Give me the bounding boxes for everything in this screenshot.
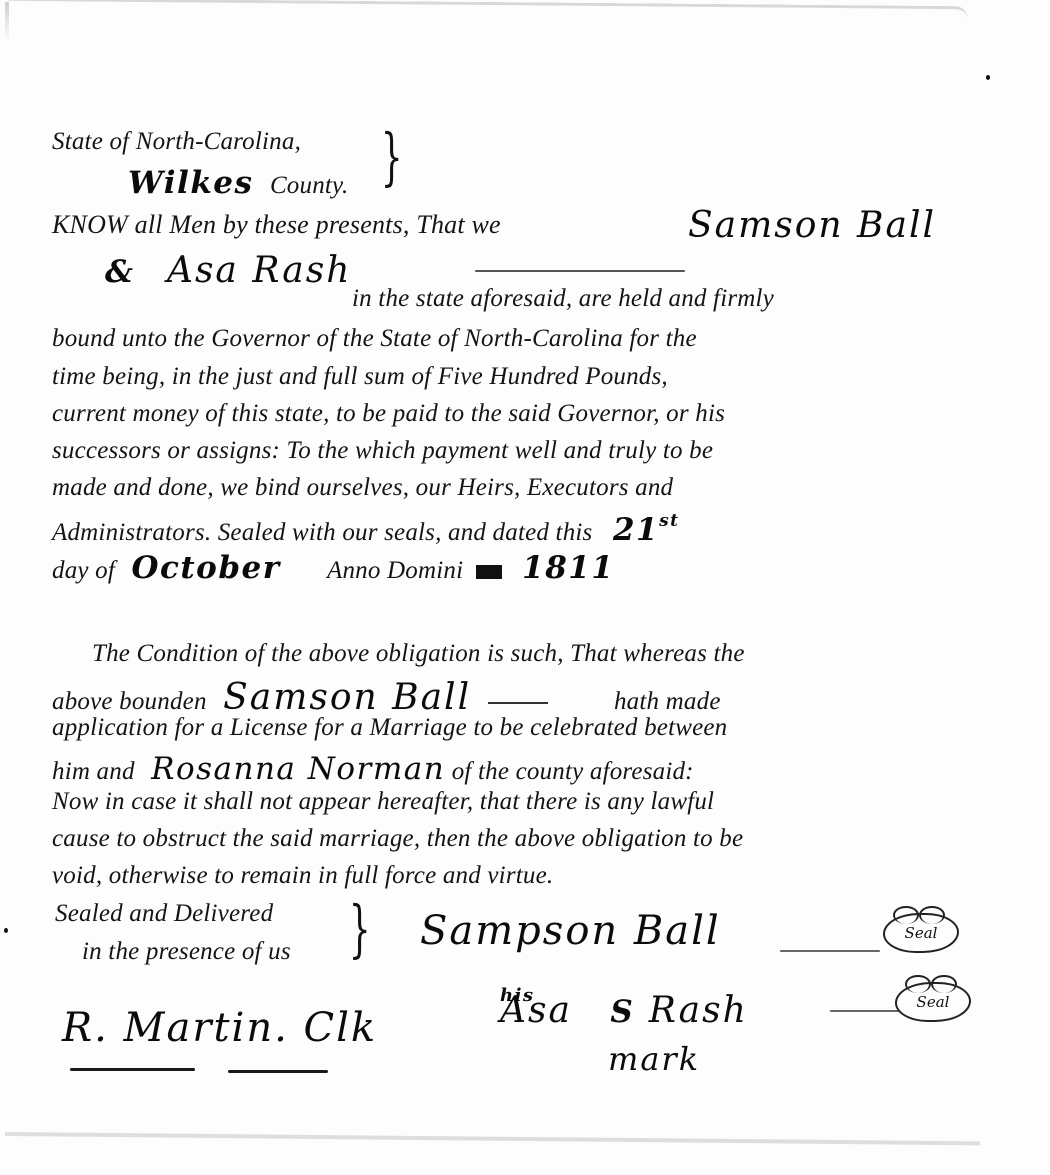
bond-text: in the state aforesaid, are held and fir… bbox=[352, 285, 774, 312]
groom-fill: Samson Ball bbox=[223, 677, 471, 718]
bond-text: made and done, we bind ourselves, our He… bbox=[52, 474, 673, 501]
bond-line-10: day of October Anno Domini 1811 bbox=[52, 550, 614, 586]
attestation-brace: } bbox=[349, 898, 371, 960]
condition-text: him and bbox=[52, 758, 135, 785]
state-label: State of North-Carolina, bbox=[52, 128, 301, 155]
bond-line-7: successors or assigns: To the which paym… bbox=[52, 437, 713, 465]
witness-signature-line: R. Martin. Clk bbox=[62, 1005, 377, 1051]
seal-label: Seal bbox=[917, 993, 950, 1011]
condition-text: void, otherwise to remain in full force … bbox=[52, 862, 553, 889]
bond-text: bound unto the Governor of the State of … bbox=[52, 325, 697, 352]
county-label: County. bbox=[270, 172, 349, 199]
signer2-mark: S bbox=[610, 994, 634, 1030]
anno-domini-label: Anno Domini bbox=[327, 557, 463, 584]
condition-text: hath made bbox=[614, 688, 721, 715]
surety-blank-line bbox=[475, 270, 685, 272]
condition-text: Now in case it shall not appear hereafte… bbox=[52, 788, 714, 815]
header-brace: } bbox=[381, 126, 403, 188]
condition-text: cause to obstruct the said marriage, the… bbox=[52, 825, 743, 852]
bond-line-6: current money of this state, to be paid … bbox=[52, 400, 725, 428]
condition-line-1: The Condition of the above obligation is… bbox=[92, 640, 745, 668]
signer2-last: Rash bbox=[649, 990, 748, 1031]
principal-line: Samson Ball bbox=[688, 205, 936, 246]
condition-line-4: him and Rosanna Norman of the county afo… bbox=[52, 751, 694, 787]
day-of-label: day of bbox=[52, 557, 115, 584]
signer2-mark-label-line: mark bbox=[608, 1040, 700, 1078]
page-bottom-edge bbox=[5, 1132, 980, 1145]
bond-line-8: made and done, we bind ourselves, our He… bbox=[52, 474, 673, 502]
condition-text: above bounden bbox=[52, 688, 207, 715]
attestation-line-1: Sealed and Delivered bbox=[55, 900, 273, 928]
seal-2: Seal bbox=[895, 982, 971, 1022]
signer2-first: Asa bbox=[500, 990, 572, 1031]
blank-line bbox=[488, 702, 548, 704]
mark-label: mark bbox=[608, 1040, 700, 1078]
bond-intro: KNOW all Men by these presents, That we bbox=[52, 210, 501, 239]
page-left-edge bbox=[5, 2, 9, 42]
bond-text: time being, in the just and full sum of … bbox=[52, 363, 668, 390]
surety-prefix: & bbox=[105, 254, 135, 290]
condition-line-5: Now in case it shall not appear hereafte… bbox=[52, 788, 714, 816]
seal-1: Seal bbox=[883, 913, 959, 953]
struck-out-mark bbox=[476, 565, 502, 579]
document-page: State of North-Carolina, Wilkes County. … bbox=[0, 0, 1050, 1175]
bond-text: current money of this state, to be paid … bbox=[52, 400, 725, 427]
bond-line-4: bound unto the Governor of the State of … bbox=[52, 325, 697, 353]
bond-line-5: time being, in the just and full sum of … bbox=[52, 363, 668, 391]
principal-fill: Samson Ball bbox=[688, 205, 936, 246]
page-top-edge bbox=[8, 0, 968, 19]
condition-line-6: cause to obstruct the said marriage, the… bbox=[52, 825, 743, 853]
witness-rule-2 bbox=[228, 1070, 328, 1073]
bond-text: successors or assigns: To the which paym… bbox=[52, 437, 713, 464]
ink-speck bbox=[986, 75, 990, 80]
attestation-text: Sealed and Delivered bbox=[55, 900, 273, 927]
bride-fill: Rosanna Norman bbox=[151, 751, 445, 787]
signer2-tail-line bbox=[830, 1010, 900, 1012]
condition-line-2: above bounden Samson Ball hath made bbox=[52, 677, 721, 718]
bond-line-9: Administrators. Sealed with our seals, a… bbox=[52, 511, 680, 548]
signer1-line: Sampson Ball bbox=[420, 908, 721, 954]
month-fill: October bbox=[131, 550, 280, 586]
condition-text: of the county aforesaid: bbox=[452, 758, 694, 785]
surety-line: & Asa Rash bbox=[105, 250, 351, 291]
header-county: Wilkes County. bbox=[128, 165, 348, 201]
ink-speck bbox=[4, 928, 8, 933]
signer1-signature: Sampson Ball bbox=[420, 908, 721, 954]
condition-text: application for a License for a Marriage… bbox=[52, 714, 727, 741]
attestation-line-2: in the presence of us bbox=[82, 938, 291, 966]
bond-text: Administrators. Sealed with our seals, a… bbox=[52, 519, 592, 546]
condition-line-3: application for a License for a Marriage… bbox=[52, 714, 727, 742]
day-suffix: st bbox=[659, 511, 679, 531]
signer2-line: Asa S Rash bbox=[500, 990, 748, 1031]
attestation-text: in the presence of us bbox=[82, 938, 291, 965]
year-fill: 1811 bbox=[522, 550, 614, 586]
condition-line-7: void, otherwise to remain in full force … bbox=[52, 862, 553, 890]
witness-signature: R. Martin. Clk bbox=[62, 1005, 377, 1051]
surety-fill: Asa Rash bbox=[167, 250, 351, 291]
seal-label: Seal bbox=[905, 924, 938, 942]
header-state: State of North-Carolina, bbox=[52, 128, 301, 156]
condition-text: The Condition of the above obligation is… bbox=[92, 640, 745, 667]
witness-rule-1 bbox=[70, 1068, 195, 1071]
signer1-tail-line bbox=[780, 950, 880, 952]
bond-line-3: in the state aforesaid, are held and fir… bbox=[352, 285, 774, 313]
day-fill: 21 bbox=[613, 512, 659, 548]
county-fill: Wilkes bbox=[128, 165, 253, 201]
bond-intro-line: KNOW all Men by these presents, That we bbox=[52, 210, 501, 240]
